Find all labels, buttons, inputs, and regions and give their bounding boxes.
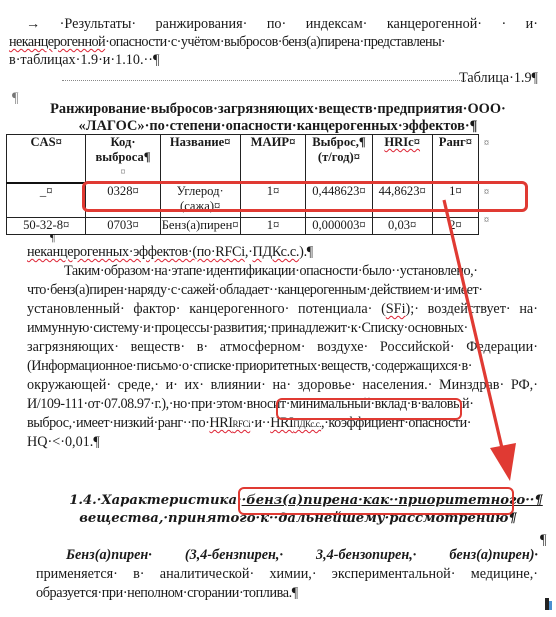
annotation-arrow-icon (0, 0, 556, 617)
text-cursor-highlight (549, 601, 552, 610)
